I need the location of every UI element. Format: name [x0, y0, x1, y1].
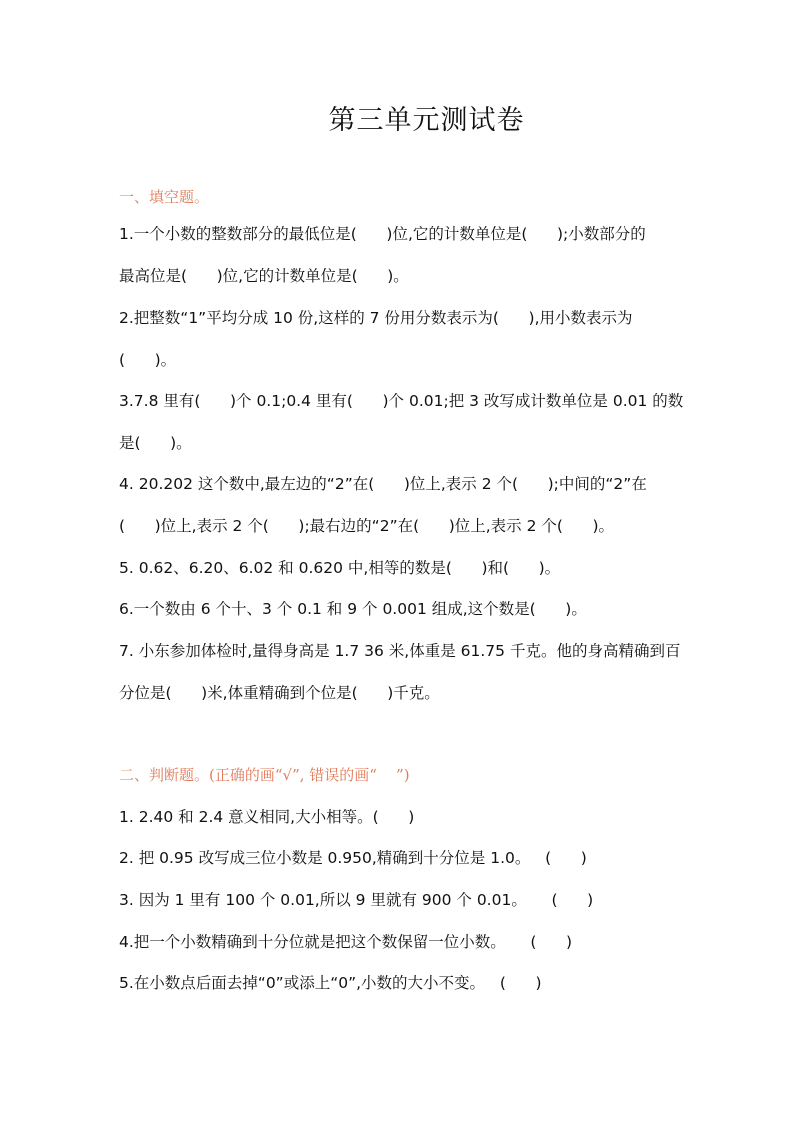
question-line: ( )位上,表示 2 个( );最右边的“2”在( )位上,表示 2 个( )。 [119, 514, 614, 536]
question-line: 4.把一个小数精确到十分位就是把这个数保留一位小数。 ( ) [119, 930, 572, 952]
section-heading-fill-blank: 一、填空题。 [119, 186, 209, 207]
question-line: 分位是( )米,体重精确到个位是( )千克。 [119, 681, 440, 703]
question-line: 5.在小数点后面去掉“0”或添上“0”,小数的大小不变。 ( ) [119, 971, 542, 993]
question-line: 1.一个小数的整数部分的最低位是( )位,它的计数单位是( );小数部分的 [119, 222, 646, 244]
question-line: 7. 小东参加体检时,量得身高是 1.7 36 米,体重是 61.75 千克。他… [119, 639, 680, 661]
question-line: 4. 20.202 这个数中,最左边的“2”在( )位上,表示 2 个( );中… [119, 472, 647, 494]
question-line: 2.把整数“1”平均分成 10 份,这样的 7 份用分数表示为( ),用小数表示… [119, 306, 633, 328]
question-line: 5. 0.62、6.20、6.02 和 0.620 中,相等的数是( )和( )… [119, 556, 560, 578]
question-line: 是( )。 [119, 431, 192, 453]
question-line: 6.一个数由 6 个十、3 个 0.1 和 9 个 0.001 组成,这个数是(… [119, 597, 587, 619]
question-line: 1. 2.40 和 2.4 意义相同,大小相等。( ) [119, 805, 414, 827]
question-line: 3.7.8 里有( )个 0.1;0.4 里有( )个 0.01;把 3 改写成… [119, 389, 683, 411]
question-line: ( )。 [119, 348, 176, 370]
section-heading-true-false: 二、判断题。(正确的画“√”, 错误的画“ ”) [119, 764, 410, 785]
page-title: 第三单元测试卷 [0, 98, 793, 137]
question-line: 3. 因为 1 里有 100 个 0.01,所以 9 里就有 900 个 0.0… [119, 888, 593, 910]
question-line: 2. 把 0.95 改写成三位小数是 0.950,精确到十分位是 1.0。 ( … [119, 846, 587, 868]
question-line: 最高位是( )位,它的计数单位是( )。 [119, 264, 409, 286]
